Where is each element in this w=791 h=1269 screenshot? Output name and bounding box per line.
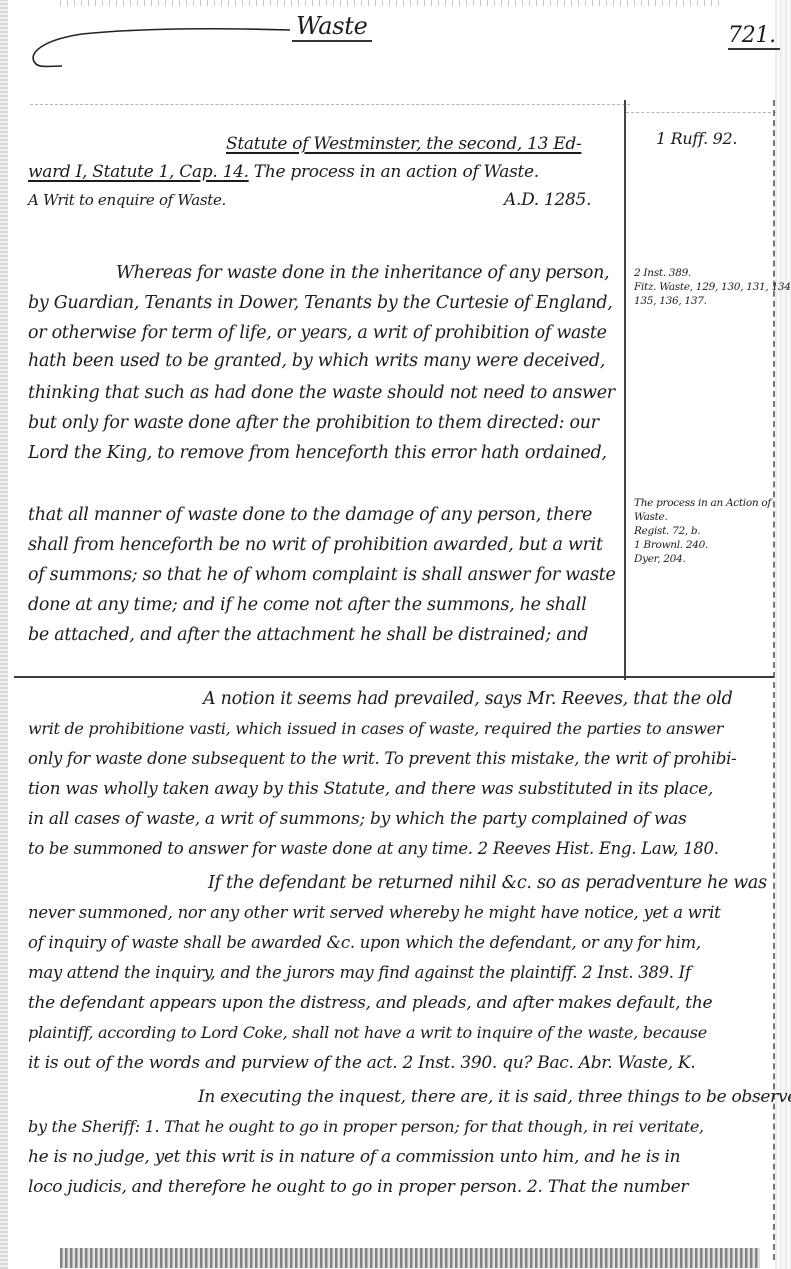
margin-note-line: Dyer, 204.	[634, 552, 771, 566]
text-line: by Guardian, Tenants in Dower, Tenants b…	[28, 292, 613, 314]
text-line: be attached, and after the attachment he…	[28, 624, 588, 646]
text-line: If the defendant be returned nihil &c. s…	[208, 872, 767, 894]
margin-note-line: Fitz. Waste, 129, 130, 131, 134,	[634, 280, 791, 294]
scan-left-edge	[0, 0, 8, 1269]
text-line: plaintiff, according to Lord Coke, shall…	[28, 1022, 707, 1044]
text-line: writ de prohibitione vasti, which issued…	[28, 718, 723, 740]
text-line: of summons; so that he of whom complaint…	[28, 564, 615, 586]
title-flourish-icon	[22, 24, 292, 68]
margin-divider-line	[624, 100, 626, 680]
margin-note-line: Waste.	[634, 510, 771, 524]
text-line: never summoned, nor any other writ serve…	[28, 902, 720, 924]
text-line: may attend the inquiry, and the jurors m…	[28, 962, 691, 984]
text-line: Whereas for waste done in the inheritanc…	[116, 262, 609, 284]
margin-note-line: 135, 136, 137.	[634, 294, 791, 308]
text-line: the defendant appears upon the distress,…	[28, 992, 712, 1014]
statute-date: A.D. 1285.	[504, 188, 591, 212]
statute-heading-citation: ward I, Statute 1, Cap. 14.	[28, 162, 249, 182]
text-line: shall from henceforth be no writ of proh…	[28, 534, 603, 556]
text-line: or otherwise for term of life, or years,…	[28, 322, 607, 344]
statute-heading-description: The process in an action of Waste.	[249, 162, 539, 182]
margin-note-line: 2 Inst. 389.	[634, 266, 791, 280]
scan-top-noise	[60, 0, 720, 6]
text-line: to be summoned to answer for waste done …	[28, 838, 719, 860]
page-number: 721.	[728, 24, 780, 50]
text-line: only for waste done subsequent to the wr…	[28, 748, 736, 770]
text-line: that all manner of waste done to the dam…	[28, 504, 592, 526]
text-line: of inquiry of waste shall be awarded &c.…	[28, 932, 701, 954]
margin-note-ruffhead: 1 Ruff. 92.	[656, 132, 737, 146]
margin-note-line: Regist. 72, b.	[634, 524, 771, 538]
statute-heading-line1: Statute of Westminster, the second, 13 E…	[226, 134, 581, 154]
margin-note-citations: 2 Inst. 389. Fitz. Waste, 129, 130, 131,…	[634, 266, 791, 308]
margin-top-rule	[626, 112, 776, 113]
text-line: Lord the King, to remove from henceforth…	[28, 442, 607, 464]
header-rule	[30, 104, 630, 105]
text-line: by the Sheriff: 1. That he ought to go i…	[28, 1116, 704, 1138]
text-line: hath been used to be granted, by which w…	[28, 350, 605, 372]
page-header-title: Waste	[292, 12, 372, 42]
scan-right-edge	[775, 0, 791, 1269]
text-line: loco judicis, and therefore he ought to …	[28, 1176, 688, 1198]
margin-note-line: 1 Brownl. 240.	[634, 538, 771, 552]
text-line: in all cases of waste, a writ of summons…	[28, 808, 687, 830]
text-line: he is no judge, yet this writ is in natu…	[28, 1146, 680, 1168]
text-line: but only for waste done after the prohib…	[28, 412, 599, 434]
section-divider-rule	[14, 676, 774, 678]
text-line: done at any time; and if he come not aft…	[28, 594, 586, 616]
margin-note-line: The process in an Action of	[634, 496, 771, 510]
text-line: tion was wholly taken away by this Statu…	[28, 778, 713, 800]
text-line: In executing the inquest, there are, it …	[198, 1086, 791, 1108]
margin-note-process: The process in an Action of Waste. Regis…	[634, 496, 771, 566]
text-line: A notion it seems had prevailed, says Mr…	[203, 688, 732, 710]
scan-bottom-smudge	[60, 1248, 760, 1268]
text-line: it is out of the words and purview of th…	[28, 1052, 695, 1074]
text-line: thinking that such as had done the waste…	[28, 382, 615, 404]
statute-subheading: A Writ to enquire of Waste.	[28, 188, 226, 212]
